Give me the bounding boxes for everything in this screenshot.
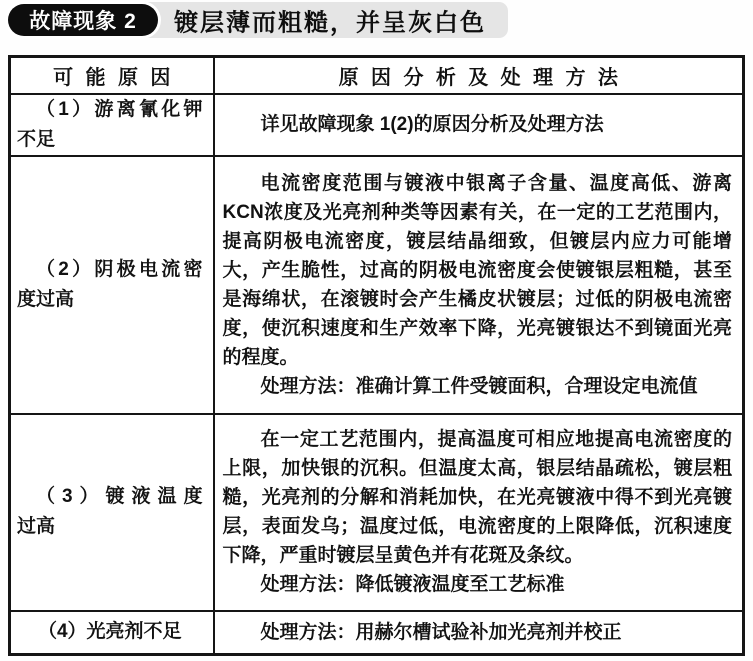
remedy-line: 处理方法：用赫尔槽试验补加光亮剂并校正 xyxy=(223,618,733,647)
table-row: （1）游离氰化钾 不足 详见故障现象 1(2)的原因分析及处理方法 xyxy=(10,94,744,156)
table-row: （2）阴极电流密 度过高 电流密度范围与镀液中银离子含量、温度高低、游离KCN浓… xyxy=(10,156,744,414)
analysis-cell: 在一定工艺范围内，提高温度可相应地提高电流密度的上限，加快银的沉积。但温度太高，… xyxy=(214,414,744,611)
table-row: （3）镀液温度 过高 在一定工艺范围内，提高温度可相应地提高电流密度的上限，加快… xyxy=(10,414,744,611)
remedy-line: 处理方法：降低镀液温度至工艺标准 xyxy=(223,570,733,599)
cause-text-line: 度过高 xyxy=(17,285,203,315)
cause-text-line: 不足 xyxy=(17,125,203,155)
table-header-row: 可能原因 原因分析及处理方法 xyxy=(10,57,744,94)
cause-text-line: （2）阴极电流密 xyxy=(17,255,203,285)
cause-text-line: （3）镀液温度 xyxy=(17,482,203,512)
cause-cell: （2）阴极电流密 度过高 xyxy=(10,156,214,414)
analysis-body: 电流密度范围与镀液中银离子含量、温度高低、游离KCN浓度及光亮剂种类等因素有关，… xyxy=(223,169,733,372)
fault-title: 镀层薄而粗糙，并呈灰白色 xyxy=(174,3,486,38)
cause-text-line: （1）游离氰化钾 xyxy=(17,95,203,125)
table-row: （4）光亮剂不足 处理方法：用赫尔槽试验补加光亮剂并校正 xyxy=(10,611,744,655)
cause-text-line: 过高 xyxy=(17,512,203,542)
cause-cell: （4）光亮剂不足 xyxy=(10,611,214,655)
cause-text-line: （4）光亮剂不足 xyxy=(17,617,203,647)
fault-badge: 故障现象 2 xyxy=(8,4,158,36)
analysis-body: 在一定工艺范围内，提高温度可相应地提高电流密度的上限，加快银的沉积。但温度太高，… xyxy=(223,425,733,570)
analysis-cell: 处理方法：用赫尔槽试验补加光亮剂并校正 xyxy=(214,611,744,655)
fault-header: 镀层薄而粗糙，并呈灰白色 故障现象 2 xyxy=(0,0,753,55)
troubleshooting-table: 可能原因 原因分析及处理方法 （1）游离氰化钾 不足 详见故障现象 1(2)的原… xyxy=(8,55,745,656)
col-header-cause: 可能原因 xyxy=(10,57,214,94)
document-page: 镀层薄而粗糙，并呈灰白色 故障现象 2 可能原因 原因分析及处理方法 （1）游离… xyxy=(0,0,753,661)
remedy-line: 处理方法：准确计算工件受镀面积，合理设定电流值 xyxy=(223,372,733,401)
analysis-note: 详见故障现象 1(2)的原因分析及处理方法 xyxy=(223,110,733,139)
analysis-cell: 详见故障现象 1(2)的原因分析及处理方法 xyxy=(214,94,744,156)
col-header-analysis: 原因分析及处理方法 xyxy=(214,57,744,94)
cause-cell: （3）镀液温度 过高 xyxy=(10,414,214,611)
analysis-cell: 电流密度范围与镀液中银离子含量、温度高低、游离KCN浓度及光亮剂种类等因素有关，… xyxy=(214,156,744,414)
cause-cell: （1）游离氰化钾 不足 xyxy=(10,94,214,156)
